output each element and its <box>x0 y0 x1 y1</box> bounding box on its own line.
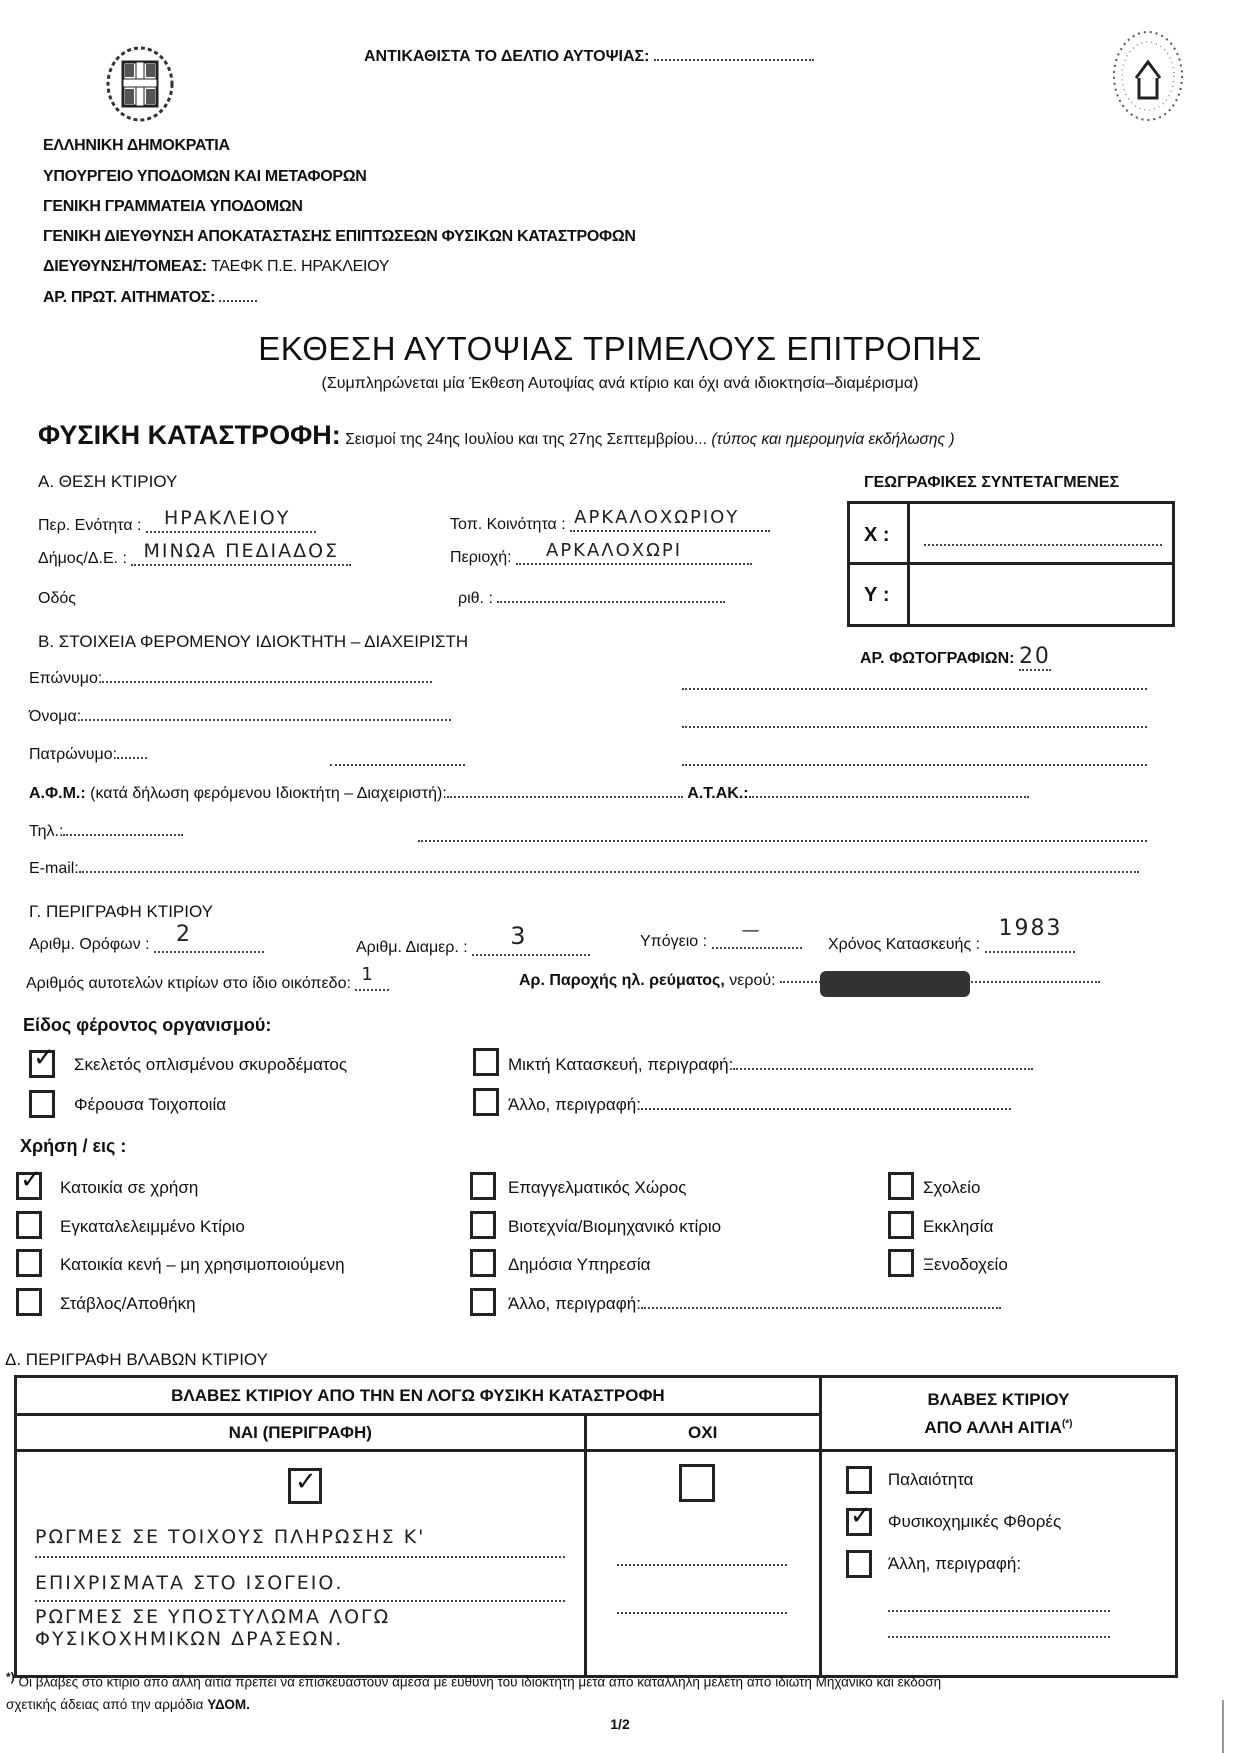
greek-coat-of-arms-icon <box>104 44 176 126</box>
surname-extra-field[interactable] <box>682 688 1147 690</box>
other-cause-dotted-line-1[interactable] <box>888 1610 1110 1612</box>
other-structure-field[interactable] <box>641 1108 1011 1110</box>
yes-header: ΝΑΙ (ΠΕΡΙΓΡΑΦΗ) <box>16 1415 586 1451</box>
number-row: ριθ. : <box>458 590 725 608</box>
regional-unit-row: Περ. Ενότητα : ΗΡΑΚΛΕΙΟΥ <box>38 513 316 535</box>
no-dotted-line-1[interactable] <box>617 1564 787 1566</box>
usage-option-label-10: Ξενοδοχείο <box>923 1255 1008 1275</box>
section-a-heading: Α. ΘΕΣΗ ΚΤΙΡΙΟΥ <box>38 472 177 492</box>
no-cell <box>585 1451 820 1677</box>
dotted-line <box>985 951 1075 953</box>
name-field[interactable] <box>81 719 451 721</box>
dotted-line <box>355 989 389 991</box>
area-field[interactable]: ΑΡΚΑΛΟΧΩΡΙ <box>516 546 752 567</box>
no-checkbox[interactable] <box>679 1464 715 1502</box>
name-row: Όνομα: <box>29 708 451 726</box>
year-row: Χρόνος Κατασκευής : 1983 <box>828 930 1075 955</box>
agency-line-1: ΕΛΛΗΝΙΚΗ ΔΗΜΟΚΡΑΤΙΑ <box>43 137 230 155</box>
usage-option-checkbox-10[interactable] <box>888 1249 914 1277</box>
basement-field[interactable]: — <box>712 930 802 951</box>
afm-field[interactable] <box>447 796 683 798</box>
other-usage-field[interactable] <box>641 1307 1001 1309</box>
photos-count[interactable]: 20 <box>1019 644 1051 671</box>
dotted-line <box>570 530 770 532</box>
check-mark-icon: ✓ <box>850 1503 872 1529</box>
buildings-field[interactable]: 1 <box>355 972 389 993</box>
structure-option-checkbox-2[interactable] <box>473 1048 499 1076</box>
disaster-hint: (τύπος και ημερομηνία εκδήλωσης ) <box>711 431 954 448</box>
section-d-heading: Δ. ΠΕΡΙΓΡΑΦΗ ΒΛΑΒΩΝ ΚΤΙΡΙΟΥ <box>5 1350 268 1370</box>
municipality-field[interactable]: ΜΙΝΩΑ ΠΕΔΙΑΔΟΣ <box>131 546 365 568</box>
usage-option-checkbox-1[interactable] <box>16 1211 42 1239</box>
basement-row: Υπόγειο : — <box>640 930 802 951</box>
year-field[interactable]: 1983 <box>985 930 1075 955</box>
description-line-3: ΡΩΓΜΕΣ ΣΕ ΥΠΟΣΤΥΛΩΜΑ ΛΟΓΩ <box>35 1602 565 1628</box>
usage-option-checkbox-4[interactable] <box>470 1172 496 1200</box>
y-coordinate-field[interactable] <box>916 568 1166 622</box>
dotted-line <box>154 951 264 953</box>
agency-line-4: ΓΕΝΙΚΗ ΔΙΕΥΘΥΝΣΗ ΑΠΟΚΑΤΑΣΤΑΣΗΣ ΕΠΙΠΤΩΣΕΩ… <box>43 228 636 246</box>
check-mark-icon: ✓ <box>295 1469 317 1495</box>
house-stamp-icon <box>1108 26 1186 126</box>
dotted-line <box>146 531 316 533</box>
supply-row: Αρ. Παροχής ηλ. ρεύματος, νερού: <box>519 972 1100 990</box>
check-mark-icon: ✓ <box>20 1167 42 1193</box>
dotted-line <box>472 954 590 956</box>
disaster-value[interactable]: Σεισμοί της 24ης Ιουλίου και της 27ης Σε… <box>345 431 707 448</box>
structure-option-label-2: Μικτή Κατασκευή, περιγραφή: <box>508 1055 1033 1075</box>
damage-description[interactable]: ΡΩΓΜΕΣ ΣΕ ΤΟΙΧΟΥΣ ΠΛΗΡΩΣΗΣ Κ' ΕΠΙΧΡΙΣΜΑΤ… <box>35 1518 565 1654</box>
name-extra-field[interactable] <box>682 726 1147 728</box>
structure-option-label-0: Σκελετός οπλισμένου σκυροδέματος <box>74 1055 347 1075</box>
agency-line-2: ΥΠΟΥΡΓΕΙΟ ΥΠΟΔΟΜΩΝ ΚΑΙ ΜΕΤΑΦΟΡΩΝ <box>43 168 367 186</box>
phone-row: Τηλ.: <box>29 823 183 841</box>
number-field[interactable] <box>497 601 725 603</box>
agency-line-3: ΓΕΝΙΚΗ ΓΡΑΜΜΑΤΕΙΑ ΥΠΟΔΟΜΩΝ <box>43 198 303 216</box>
usage-option-label-1: Εγκαταλελειμμένο Κτίριο <box>60 1217 245 1237</box>
scan-edge-mark <box>1222 1700 1224 1753</box>
other-cause-label-2: Άλλη, περιγραφή: <box>888 1554 1021 1574</box>
other-cause-checkbox-1[interactable]: ✓ <box>846 1508 872 1536</box>
usage-option-label-0: Κατοικία σε χρήση <box>60 1178 198 1198</box>
local-community-row: Τοπ. Κοινότητα : ΑΡΚΑΛΟΧΩΡΙΟΥ <box>450 513 770 534</box>
usage-option-checkbox-2[interactable] <box>16 1249 42 1277</box>
disaster-label: ΦΥΣΙΚΗ ΚΑΤΑΣΤΡΟΦΗ: <box>38 420 341 450</box>
father-name-extra-field-2[interactable] <box>682 764 1147 766</box>
yes-checkbox[interactable]: ✓ <box>288 1468 322 1504</box>
structure-option-checkbox-0[interactable]: ✓ <box>29 1050 55 1078</box>
street-row: Οδός <box>38 590 76 608</box>
mixed-construction-field[interactable] <box>733 1068 1033 1070</box>
father-name-row: Πατρώνυμο: <box>29 746 147 764</box>
structure-option-label-1: Φέρουσα Τοιχοποιία <box>74 1095 226 1115</box>
usage-option-checkbox-9[interactable] <box>888 1211 914 1239</box>
surname-row: Επώνυμο: <box>29 670 432 688</box>
other-cause-checkbox-2[interactable] <box>846 1550 872 1578</box>
usage-option-checkbox-3[interactable] <box>16 1288 42 1316</box>
usage-option-checkbox-6[interactable] <box>470 1249 496 1277</box>
usage-option-label-2: Κατοικία κενή – μη χρησιμοποιούμενη <box>60 1255 345 1275</box>
usage-option-label-5: Βιοτεχνία/Βιομηχανικό κτίριο <box>508 1217 721 1237</box>
buildings-row: Αριθμός αυτοτελών κτιρίων στο ίδιο οικόπ… <box>26 972 389 993</box>
phone-extra-field[interactable] <box>418 840 1147 842</box>
structure-option-checkbox-3[interactable] <box>473 1088 499 1116</box>
dotted-line <box>712 947 802 949</box>
yes-cell: ✓ ΡΩΓΜΕΣ ΣΕ ΤΟΙΧΟΥΣ ΠΛΗΡΩΣΗΣ Κ' ΕΠΙΧΡΙΣΜ… <box>16 1451 586 1677</box>
check-mark-icon: ✓ <box>33 1045 55 1071</box>
other-cause-checkbox-0[interactable] <box>846 1466 872 1494</box>
replaces-report-field[interactable] <box>654 59 814 61</box>
father-name-extra-field[interactable] <box>330 764 465 766</box>
coordinates-heading: ΓΕΩΓΡΑΦΙΚΕΣ ΣΥΝΤΕΤΑΓΜΕΝΕΣ <box>864 474 1119 492</box>
usage-heading: Χρήση / εις : <box>20 1136 126 1157</box>
page-number: 1/2 <box>0 1716 1240 1732</box>
other-cause-label-0: Παλαιότητα <box>888 1470 974 1490</box>
coords-divider <box>850 562 1172 565</box>
section-b-heading: Β. ΣΤΟΙΧΕΙΑ ΦΕΡΟΜΕΝΟΥ ΙΔΙΟΚΤΗΤΗ – ΔΙΑΧΕΙ… <box>38 632 468 652</box>
request-number-row: ΑΡ. ΠΡΩΤ. ΑΙΤΗΜΑΤΟΣ: <box>43 289 257 307</box>
directorate-value: ΤΑΕΦΚ Π.Ε. ΗΡΑΚΛΕΙΟΥ <box>211 258 389 275</box>
other-cause-header: ΒΛΑΒΕΣ ΚΤΙΡΙΟΥ ΑΠΟ ΑΛΛΗ ΑΙΤΙΑ(*) <box>820 1377 1176 1451</box>
phone-field[interactable] <box>63 834 183 836</box>
description-line-4: ΦΥΣΙΚΟΧΗΜΙΚΩΝ ΔΡΑΣΕΩΝ. <box>35 1628 565 1654</box>
usage-option-label-6: Δημόσια Υπηρεσία <box>508 1255 650 1275</box>
no-header: ΟΧΙ <box>585 1415 820 1451</box>
x-coordinate-field[interactable] <box>924 544 1162 546</box>
directorate-row: ΔΙΕΥΘΥΝΣΗ/ΤΟΜΕΑΣ: ΤΑΕΦΚ Π.Ε. ΗΡΑΚΛΕΙΟΥ <box>43 258 389 276</box>
area-row: Περιοχή: ΑΡΚΑΛΟΧΩΡΙ <box>450 546 752 567</box>
photos-row: ΑΡ. ΦΩΤΟΓΡΑΦΙΩΝ: 20 <box>860 644 1051 669</box>
description-line-2: ΕΠΙΧΡΙΣΜΑΤΑ ΣΤΟ ΙΣΟΓΕΙΟ. <box>35 1558 565 1602</box>
regional-unit-field[interactable]: ΗΡΑΚΛΕΙΟΥ <box>146 513 316 535</box>
footnote: *) Οι βλάβες στο κτίριο από άλλη αιτία π… <box>6 1666 941 1716</box>
usage-option-checkbox-5[interactable] <box>470 1211 496 1239</box>
usage-option-checkbox-0[interactable]: ✓ <box>16 1172 42 1200</box>
y-label: Υ : <box>864 584 890 607</box>
disaster-damage-header: ΒΛΑΒΕΣ ΚΤΙΡΙΟΥ ΑΠΟ ΤΗΝ ΕΝ ΛΟΓΩ ΦΥΣΙΚΗ ΚΑ… <box>16 1377 821 1415</box>
atak-field[interactable] <box>749 796 1029 798</box>
no-dotted-line-2[interactable] <box>617 1612 787 1614</box>
usage-option-label-7: Άλλο, περιγραφή: <box>508 1294 1001 1314</box>
usage-option-label-8: Σχολείο <box>923 1178 980 1198</box>
request-number-field[interactable] <box>219 300 257 302</box>
other-cause-cell: Παλαιότητα✓Φυσικοχημικές ΦθορέςΆλλη, περ… <box>820 1451 1176 1677</box>
father-name-field[interactable] <box>117 757 147 759</box>
usage-option-label-4: Επαγγελματικός Χώρος <box>508 1178 686 1198</box>
afm-row: Α.Φ.Μ.: (κατά δήλωση φερόμενου Ιδιοκτήτη… <box>29 785 1029 803</box>
email-field[interactable] <box>79 871 1139 873</box>
disaster-row: ΦΥΣΙΚΗ ΚΑΤΑΣΤΡΟΦΗ: Σεισμοί της 24ης Ιουλ… <box>38 420 955 451</box>
structure-heading: Είδος φέροντος οργανισμού: <box>23 1015 271 1036</box>
damage-table: ΒΛΑΒΕΣ ΚΤΙΡΙΟΥ ΑΠΟ ΤΗΝ ΕΝ ΛΟΓΩ ΦΥΣΙΚΗ ΚΑ… <box>14 1375 1178 1678</box>
apartments-row: Αριθμ. Διαμερ. : 3 <box>356 930 590 958</box>
floors-field[interactable]: 2 <box>154 930 264 955</box>
dotted-line <box>516 563 752 565</box>
page-title: ΕΚΘΕΣΗ ΑΥΤΟΨΙΑΣ ΤΡΙΜΕΛΟΥΣ ΕΠΙΤΡΟΠΗΣ <box>0 330 1240 368</box>
structure-option-label-3: Άλλο, περιγραφή: <box>508 1095 1011 1115</box>
surname-field[interactable] <box>102 681 432 683</box>
local-community-field[interactable]: ΑΡΚΑΛΟΧΩΡΙΟΥ <box>570 513 770 534</box>
coordinates-box: Χ : Υ : <box>847 501 1175 627</box>
apartments-field[interactable]: 3 <box>472 930 590 958</box>
usage-option-checkbox-7[interactable] <box>470 1288 496 1316</box>
page-subtitle: (Συμπληρώνεται μία Έκθεση Αυτοψίας ανά κ… <box>0 375 1240 393</box>
municipality-row: Δήμος/Δ.Ε. : ΜΙΝΩΑ ΠΕΔΙΑΔΟΣ <box>38 546 365 568</box>
other-cause-dotted-line-2[interactable] <box>888 1636 1110 1638</box>
x-label: Χ : <box>864 524 890 547</box>
description-line-1: ΡΩΓΜΕΣ ΣΕ ΤΟΙΧΟΥΣ ΠΛΗΡΩΣΗΣ Κ' <box>35 1518 565 1558</box>
floors-row: Αριθμ. Ορόφων : 2 <box>29 930 264 955</box>
section-c-heading: Γ. ΠΕΡΙΓΡΑΦΗ ΚΤΙΡΙΟΥ <box>29 902 213 922</box>
usage-option-label-9: Εκκλησία <box>923 1217 993 1237</box>
replaces-report-label: ΑΝΤΙΚΑΘΙΣΤΑ ΤΟ ΔΕΛΤΙΟ ΑΥΤΟΨΙΑΣ: <box>364 48 814 66</box>
usage-option-label-3: Στάβλος/Αποθήκη <box>60 1294 196 1314</box>
structure-option-checkbox-1[interactable] <box>29 1090 55 1118</box>
email-row: E-mail: <box>29 860 1139 878</box>
other-cause-label-1: Φυσικοχημικές Φθορές <box>888 1512 1061 1532</box>
redacted-value <box>820 971 970 997</box>
usage-option-checkbox-8[interactable] <box>888 1172 914 1200</box>
dotted-line <box>131 564 351 566</box>
